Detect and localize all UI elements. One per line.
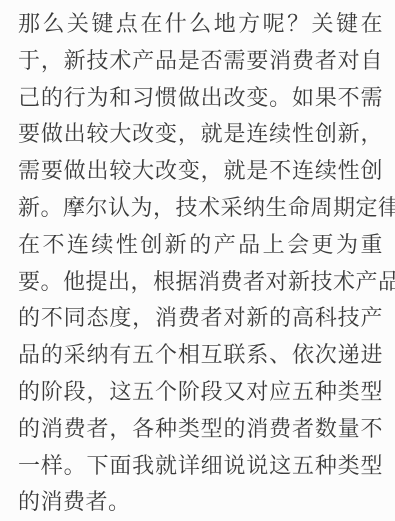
text-line: 一样。下面我就详细说说这五种类型 xyxy=(18,448,383,485)
text-line: 的消费者，各种类型的消费者数量不 xyxy=(18,411,383,448)
reader-screen: { "page": { "background_color": "#fcfcfc… xyxy=(0,0,395,521)
text-line: 的阶段，这五个阶段又对应五种类型 xyxy=(18,374,383,411)
text-line: 在不连续性创新的产品上会更为重 xyxy=(18,227,383,264)
text-line: 新。摩尔认为，技术采纳生命周期定律 xyxy=(18,190,383,227)
reader-page[interactable]: 那么关键点在什么地方呢？关键在 于，新技术产品是否需要消费者对自 己的行为和习惯… xyxy=(0,0,395,521)
paragraph: 那么关键点在什么地方呢？关键在 于，新技术产品是否需要消费者对自 己的行为和习惯… xyxy=(18,6,383,521)
text-line: 那么关键点在什么地方呢？关键在 xyxy=(18,6,383,43)
text-line: 需要做出较大改变，就是不连续性创 xyxy=(18,153,383,190)
text-line: 要做出较大改变，就是连续性创新， xyxy=(18,116,383,153)
text-line: 的不同态度，消费者对新的高科技产 xyxy=(18,300,383,337)
text-line: 要。他提出，根据消费者对新技术产品 xyxy=(18,264,383,301)
text-line: 的消费者。 xyxy=(18,484,383,521)
text-line: 品的采纳有五个相互联系、依次递进 xyxy=(18,337,383,374)
text-line: 于，新技术产品是否需要消费者对自 xyxy=(18,43,383,80)
text-line: 己的行为和习惯做出改变。如果不需 xyxy=(18,80,383,117)
